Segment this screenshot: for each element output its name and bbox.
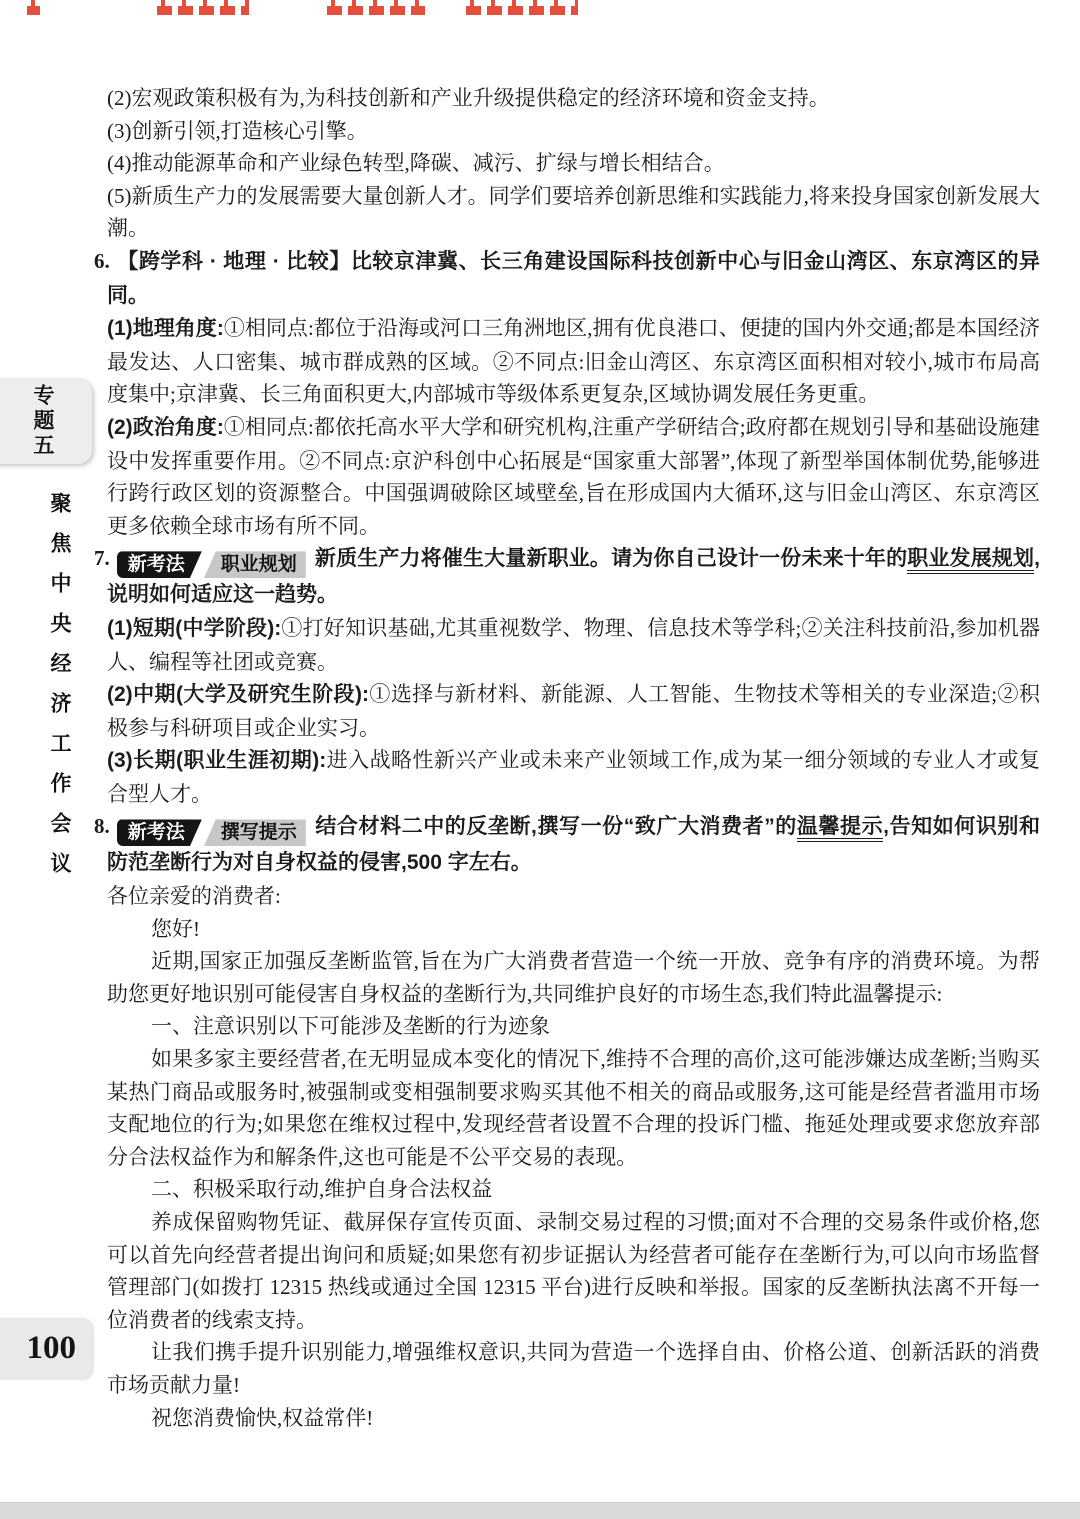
text-run: (1)地理角度: [107, 317, 224, 340]
item-number: 7. [94, 546, 117, 570]
red-glyph-fragment [27, 0, 40, 15]
text-run: 温馨提示 [797, 815, 883, 842]
text-run: (2)政治角度: [107, 416, 224, 439]
paragraph: 祝您消费愉快,权益常伴! [107, 1402, 1040, 1435]
content-column: (2)宏观政策积极有为,为科技创新和产业升级提供稳定的经济环境和资金支持。(3)… [107, 82, 1040, 1434]
paragraph: 二、积极采取行动,维护自身合法权益 [107, 1173, 1040, 1206]
paragraph: (2)宏观政策积极有为,为科技创新和产业升级提供稳定的经济环境和资金支持。 [107, 82, 1040, 115]
text-run: (3)长期(职业生涯初期): [107, 749, 326, 772]
red-glyph-fragment [157, 0, 249, 15]
text-run: ①相同点:都依托高水平大学和研究机构,注重产学研结合;政府都在规划引导和基础设施… [107, 415, 1040, 538]
paragraph: 如果多家主要经营者,在无明显成本变化的情况下,维持不合理的高价,这可能涉嫌达成垄… [107, 1043, 1040, 1173]
text-run: 让我们携手提升识别能力,增强维权意识,共同为营造一个选择自由、价格公道、创新活跃… [107, 1340, 1040, 1397]
paragraph: 7.新考法职业规划新质生产力将催生大量新职业。请为你自己设计一份未来十年的职业发… [107, 542, 1040, 612]
text-run: (3)创新引领,打造核心引擎。 [107, 119, 368, 143]
book-page: 专题五 聚焦中央经济工作会议 100 (2)宏观政策积极有为,为科技创新和产业升… [0, 0, 1080, 1519]
sidebar-unit-title: 聚焦中央经济工作会议 [44, 492, 74, 922]
red-glyph-fragment [466, 0, 578, 15]
text-run: 【跨学科 · 地理 · 比较】比较京津冀、长三角建设国际科技创新中心与旧金山湾区… [107, 250, 1040, 307]
topic-tab-label: 专题五 [27, 384, 57, 459]
item-number: 8. [94, 814, 117, 838]
badge-light: 撰写提示 [204, 819, 306, 846]
paragraph: 各位亲爱的消费者: [107, 880, 1040, 913]
text-run: (2)宏观政策积极有为,为科技创新和产业升级提供稳定的经济环境和资金支持。 [107, 86, 830, 110]
red-glyph-fragment [327, 0, 425, 15]
paragraph: (3)长期(职业生涯初期):进入战略性新兴产业或未来产业领域工作,成为某一细分领… [107, 744, 1040, 810]
sidebar-topic-tab: 专题五 [0, 378, 92, 464]
text-run: 职业发展规划 [907, 547, 1034, 574]
text-run: ①相同点:都位于沿海或河口三角洲地区,拥有优良港口、便捷的国内外交通;都是本国经… [107, 316, 1040, 406]
paragraph: (4)推动能源革命和产业绿色转型,降碳、减污、扩绿与增长相结合。 [107, 147, 1040, 180]
paragraph: 8.新考法撰写提示结合材料二中的反垄断,撰写一份“致广大消费者”的温馨提示,告知… [107, 810, 1040, 880]
paragraph: 您好! [107, 913, 1040, 946]
text-run: 您好! [151, 917, 200, 941]
text-run: (1)短期(中学阶段): [107, 617, 281, 640]
paragraph: (1)地理角度:①相同点:都位于沿海或河口三角洲地区,拥有优良港口、便捷的国内外… [107, 312, 1040, 411]
text-run: 如果多家主要经营者,在无明显成本变化的情况下,维持不合理的高价,这可能涉嫌达成垄… [107, 1047, 1040, 1169]
bottom-edge-strip [0, 1502, 1080, 1519]
badge-light: 职业规划 [204, 551, 306, 578]
text-run: 二、积极采取行动,维护自身合法权益 [151, 1177, 492, 1201]
page-number-badge: 100 [0, 1318, 92, 1378]
paragraph: (2)中期(大学及研究生阶段):①选择与新材料、新能源、人工智能、生物技术等相关… [107, 678, 1040, 744]
text-run: 各位亲爱的消费者: [107, 884, 281, 908]
text-run: (2)中期(大学及研究生阶段): [107, 683, 369, 706]
paragraph: (1)短期(中学阶段):①打好知识基础,尤其重视数学、物理、信息技术等学科;②关… [107, 612, 1040, 678]
text-run: 近期,国家正加强反垄断监管,旨在为广大消费者营造一个统一开放、竞争有序的消费环境… [107, 949, 1040, 1006]
badge-dark: 新考法 [117, 819, 202, 846]
paragraph: 近期,国家正加强反垄断监管,旨在为广大消费者营造一个统一开放、竞争有序的消费环境… [107, 945, 1040, 1010]
item-number: 6. [94, 249, 117, 273]
text-run: 结合材料二中的反垄断,撰写一份“致广大消费者”的 [315, 815, 797, 838]
page-number: 100 [27, 1330, 77, 1367]
paragraph: 6.【跨学科 · 地理 · 比较】比较京津冀、长三角建设国际科技创新中心与旧金山… [107, 245, 1040, 312]
text-run: 一、注意识别以下可能涉及垄断的行为迹象 [151, 1014, 550, 1038]
text-run: 祝您消费愉快,权益常伴! [151, 1406, 373, 1430]
text-run: 新质生产力将催生大量新职业。请为你自己设计一份未来十年的 [315, 547, 907, 570]
paragraph: (5)新质生产力的发展需要大量创新人才。同学们要培养创新思维和实践能力,将来投身… [107, 180, 1040, 245]
paragraph: 一、注意识别以下可能涉及垄断的行为迹象 [107, 1010, 1040, 1043]
paragraph: (2)政治角度:①相同点:都依托高水平大学和研究机构,注重产学研结合;政府都在规… [107, 411, 1040, 542]
paragraph: (3)创新引领,打造核心引擎。 [107, 115, 1040, 148]
text-run: (4)推动能源革命和产业绿色转型,降碳、减污、扩绿与增长相结合。 [107, 151, 725, 175]
paragraph: 让我们携手提升识别能力,增强维权意识,共同为营造一个选择自由、价格公道、创新活跃… [107, 1336, 1040, 1401]
badge-dark: 新考法 [117, 551, 202, 578]
text-run: (5)新质生产力的发展需要大量创新人才。同学们要培养创新思维和实践能力,将来投身… [107, 184, 1040, 241]
text-run: 养成保留购物凭证、截屏保存宣传页面、录制交易过程的习惯;面对不合理的交易条件或价… [107, 1210, 1040, 1332]
paragraph: 养成保留购物凭证、截屏保存宣传页面、录制交易过程的习惯;面对不合理的交易条件或价… [107, 1206, 1040, 1336]
